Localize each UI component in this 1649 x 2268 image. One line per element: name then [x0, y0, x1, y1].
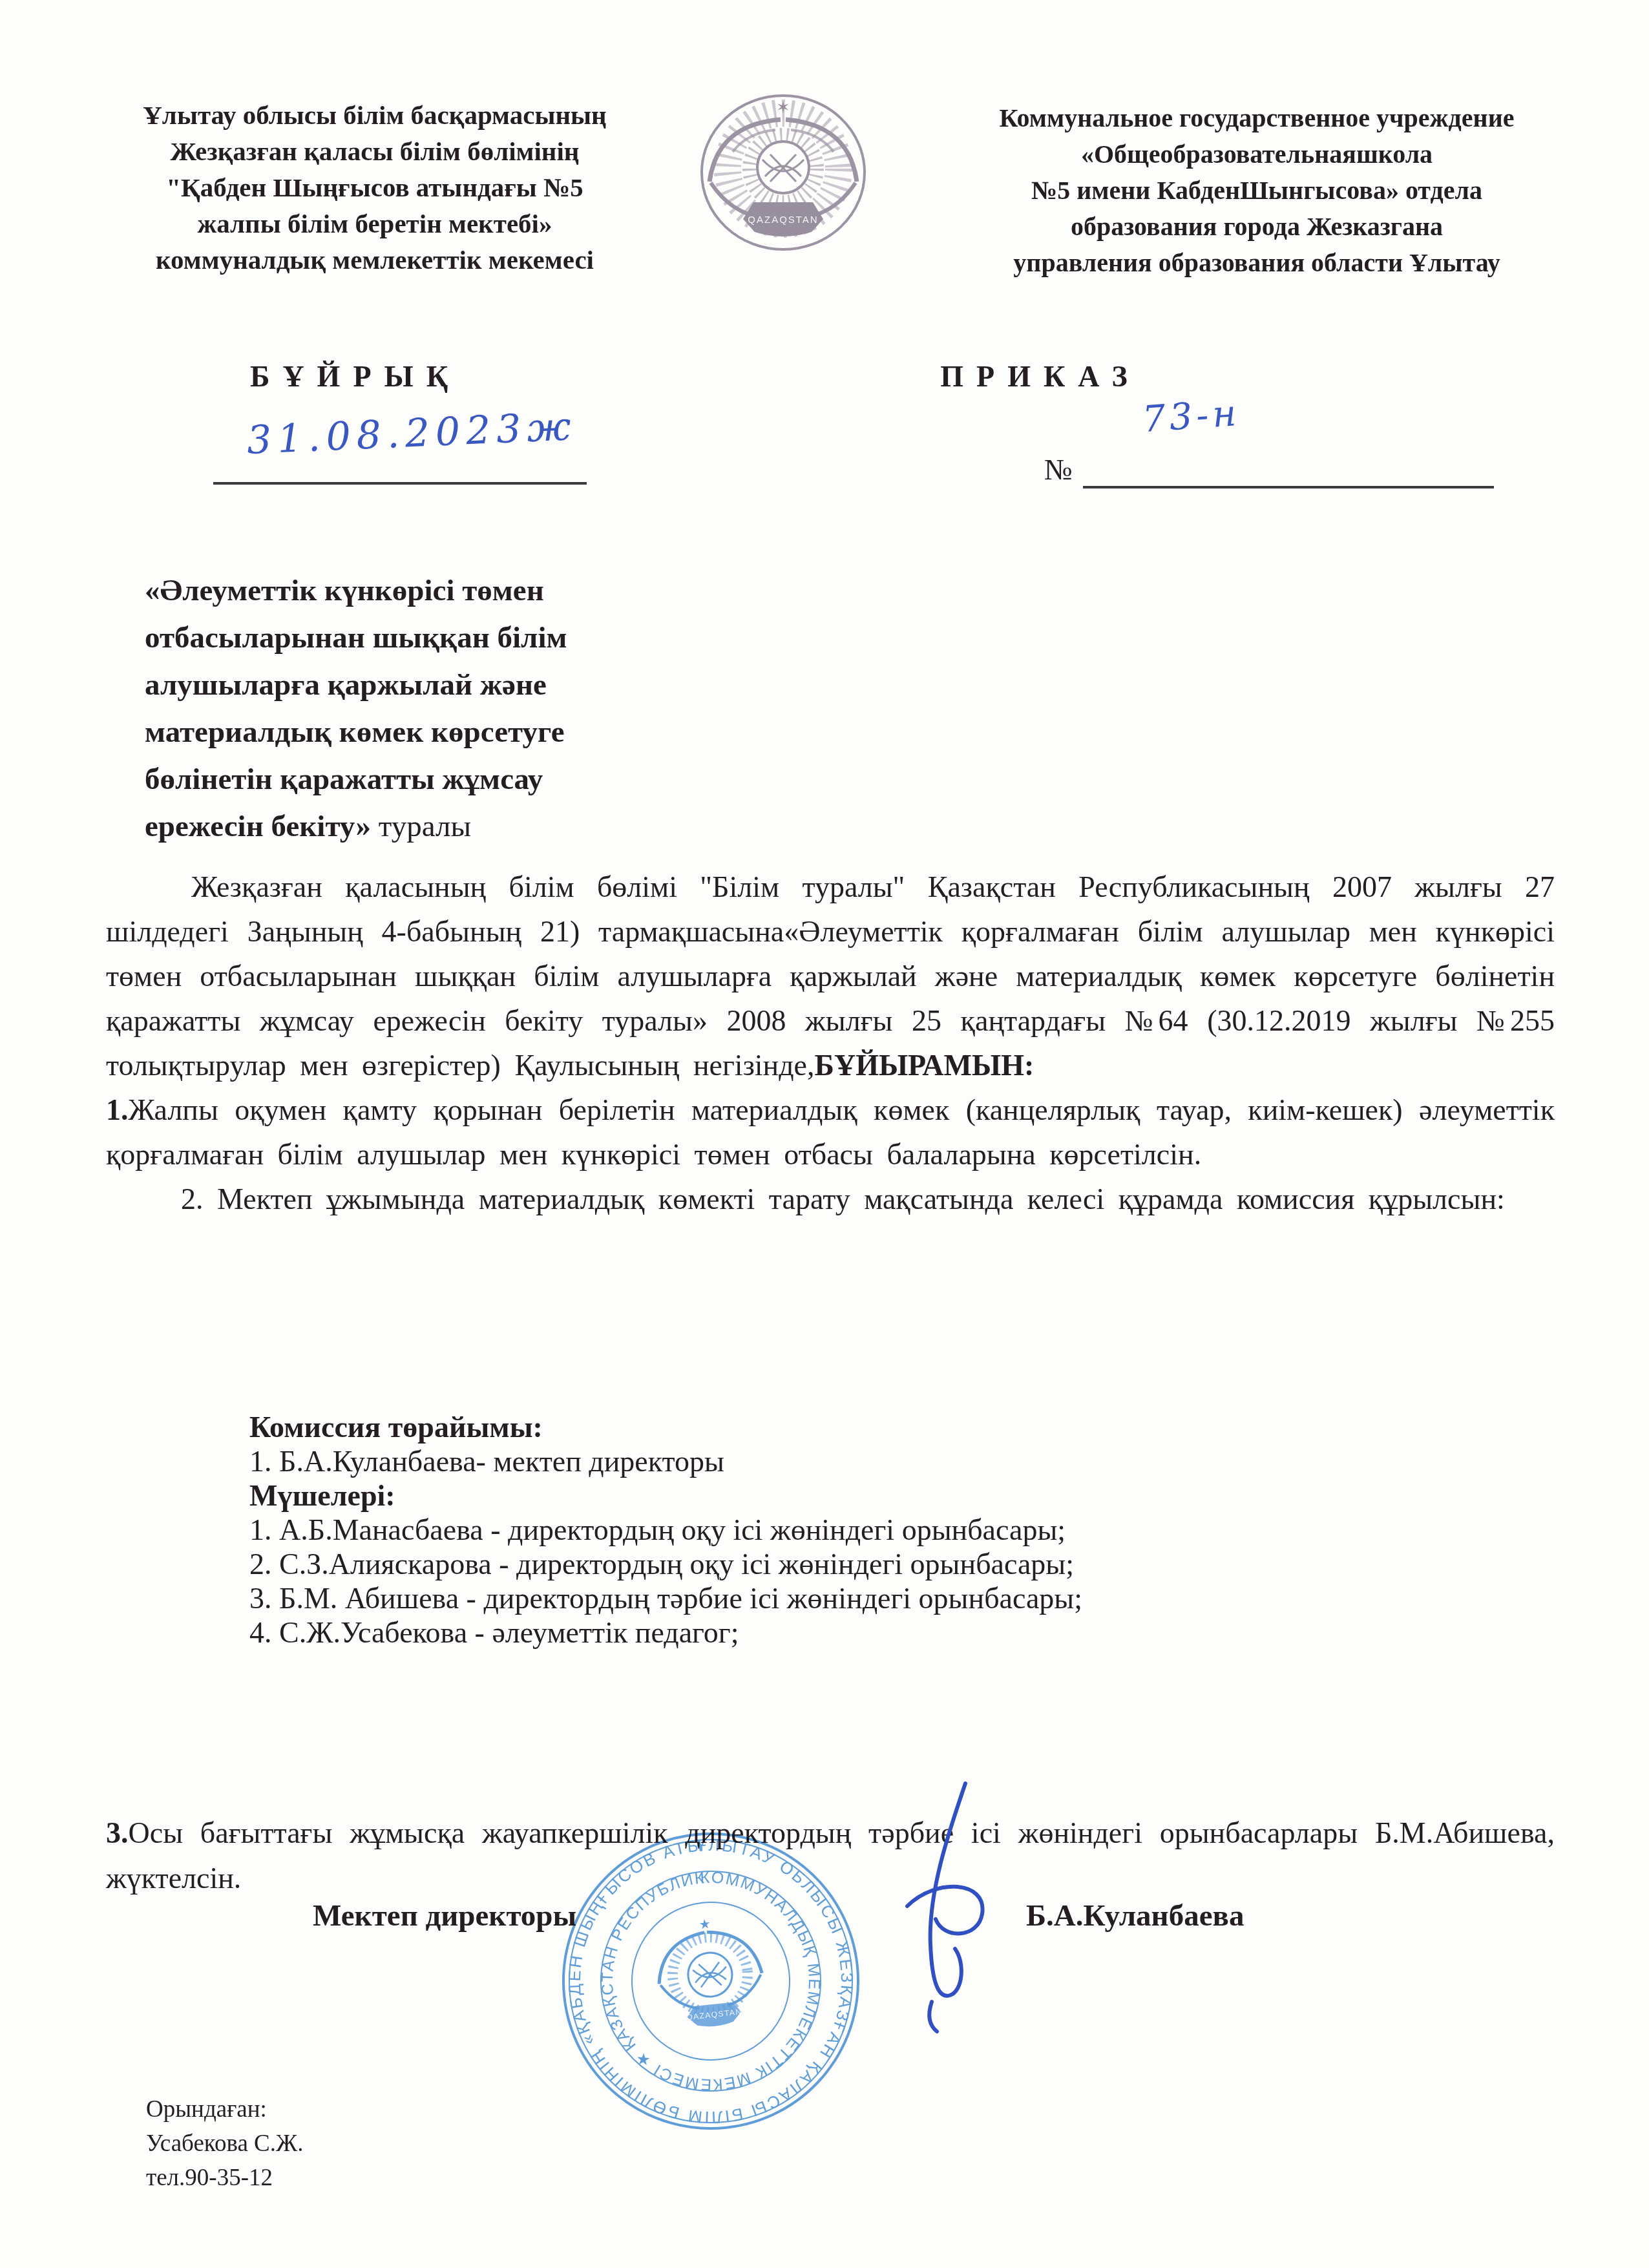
letterhead-line: Коммунальное государственное учреждение [950, 100, 1564, 136]
intro-paragraph: Жезқазған қаласының білім бөлімі "Білім … [106, 865, 1555, 1087]
commission-chair: 1. Б.А.Куланбаева- мектеп директоры [106, 1444, 1555, 1478]
title-line-regular-part: туралы [371, 810, 471, 843]
letterhead-line: Ұлытау облысы білім басқармасының [90, 97, 659, 133]
order-body: Жезқазған қаласының білім бөлімі "Білім … [106, 865, 1555, 1221]
letterhead-russian: Коммунальное государственное учреждение … [950, 100, 1564, 281]
letterhead-line: «Общеобразовательнаяшкола [950, 136, 1564, 173]
order-heading-russian: ПРИКАЗ [859, 359, 1221, 394]
item-1: 1.Жалпы оқумен қамту қорынан берілетін м… [106, 1087, 1555, 1177]
handwritten-order-number: 73-н [1141, 392, 1241, 441]
signature-role-label: Мектеп директоры [313, 1898, 576, 1933]
title-line-bold-part: ережесін бекіту» [145, 810, 371, 843]
letterhead-line: жалпы білім беретін мектебі» [90, 205, 659, 242]
svg-text:★: ★ [698, 1917, 711, 1933]
commission-member: 1. А.Б.Манасбаева - директордың оқу ісі … [106, 1513, 1555, 1547]
executor-line: Орындаған: [146, 2092, 303, 2126]
letterhead-line: "Қабден Шыңғысов атындағы №5 [90, 169, 659, 205]
executor-block: Орындаған: Усабекова С.Ж. тел.90-35-12 [146, 2092, 303, 2195]
executor-line: тел.90-35-12 [146, 2161, 303, 2195]
item-3-number: 3. [106, 1816, 129, 1849]
emblem-banner-text: QAZAQSTAN [748, 215, 818, 226]
signature-name-label: Б.А.Куланбаева [1026, 1898, 1244, 1933]
executor-line: Усабекова С.Ж. [146, 2126, 303, 2161]
director-signature-autograph [871, 1769, 1039, 2047]
emblem-star-icon: ✶ [776, 98, 790, 117]
item-1-text: Жалпы оқумен қамту қорынан берілетін мат… [106, 1093, 1555, 1171]
number-sign: № [1044, 452, 1073, 487]
commission-block: Комиссия төрайымы: 1. Б.А.Куланбаева- ме… [106, 1410, 1555, 1650]
commission-member: 4. С.Ж.Усабекова - әлеуметтік педагог; [106, 1615, 1555, 1650]
order-title: «Әлеуметтік күнкөрісі төмен отбасыларына… [145, 567, 765, 850]
letterhead-line: коммуналдық мемлекеттік мекемесі [90, 242, 659, 278]
item-2: 2. Мектеп ұжымында материалдық көмекті т… [106, 1177, 1555, 1221]
item-1-number: 1. [106, 1093, 129, 1126]
order-heading-kazakh: БҰЙРЫҚ [174, 359, 536, 394]
stamp-center-emblem-icon: ★ [653, 1912, 765, 2017]
title-line: «Әлеуметтік күнкөрісі төмен [145, 567, 765, 614]
official-round-stamp: ҰЛЫТАУ ОБЛЫСЫ ЖЕЗҚАЗҒАН ҚАЛАСЫ БІЛІМ БӨЛ… [534, 1805, 887, 2157]
kazakhstan-emblem-icon: QAZAQSTAN ✶ [698, 92, 868, 257]
scanned-order-document: Ұлытау облысы білім басқармасының Жезқаз… [0, 0, 1649, 2268]
letterhead-line: управления образования области Ұлытау [950, 245, 1564, 281]
letterhead-line: Жезқазған қаласы білім бөлімінің [90, 133, 659, 169]
letterhead-kazakh: Ұлытау облысы білім басқармасының Жезқаз… [90, 97, 659, 278]
letterhead-line: образования города Жезказгана [950, 209, 1564, 245]
commission-chair-heading: Комиссия төрайымы: [106, 1410, 1555, 1444]
title-line: бөлінетін қаражатты жұмсау [145, 756, 765, 803]
date-fill-line [213, 482, 587, 485]
number-fill-line [1083, 486, 1494, 488]
commission-member: 3. Б.М. Абишева - директордың тәрбие ісі… [106, 1581, 1555, 1615]
commission-member: 2. С.З.Алияскарова - директордың оқу ісі… [106, 1547, 1555, 1581]
resolve-word: БҰЙЫРАМЫН: [815, 1049, 1035, 1082]
title-line: отбасыларынан шыққан білім [145, 614, 765, 662]
letterhead-line: №5 имени КабденШынгысова» отдела [950, 173, 1564, 209]
title-line: материалдық көмек көрсетуге [145, 709, 765, 756]
title-line: алушыларға қаржылай және [145, 662, 765, 709]
commission-members-heading: Мүшелері: [106, 1478, 1555, 1513]
handwritten-date: 31.08.2023ж [246, 404, 578, 463]
title-line: ережесін бекіту» туралы [145, 803, 765, 850]
